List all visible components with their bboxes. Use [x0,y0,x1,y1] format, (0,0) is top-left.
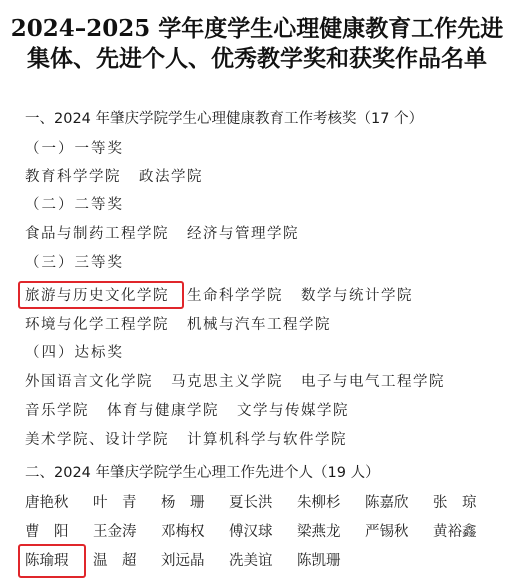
award-unit: 机械与汽车工程学院 [187,317,331,333]
award-unit-highlighted: 旅游与历史文化学院 [25,288,169,304]
person-name: 严锡秋 [365,520,421,541]
group-4-line-3: 美术学院、设计学院计算机科学与软件学院 [25,428,365,449]
person-name: 冼美谊 [229,549,285,570]
award-unit: 政法学院 [139,169,203,185]
person-name: 陈嘉欣 [365,491,421,512]
award-unit: 文学与传媒学院 [237,403,349,419]
person-name: 陈凯珊 [297,549,353,570]
person-name: 朱柳杉 [297,491,353,512]
award-unit: 外国语言文化学院 [25,374,153,390]
person-name: 傅汉球 [229,520,285,541]
person-name: 王金涛 [93,520,149,541]
section-1-heading: 一、2024 年肇庆学院学生心理健康教育工作考核奖（17 个） [25,107,423,128]
document-title-line-1: 2024–2025 学年度学生心理健康教育工作先进 [0,10,514,43]
award-unit: 音乐学院 [25,403,89,419]
person-name: 杨 珊 [161,491,217,512]
award-unit: 美术学院、设计学院 [25,432,169,448]
award-unit: 食品与制药工程学院 [25,226,169,242]
section-2-heading: 二、2024 年肇庆学院学生心理工作先进个人（19 人） [25,461,380,482]
award-unit: 体育与健康学院 [107,403,219,419]
group-3-line-1: 旅游与历史文化学院生命科学学院数学与统计学院 [25,284,431,305]
group-4-line-2: 音乐学院体育与健康学院文学与传媒学院 [25,399,367,420]
person-name: 邓梅权 [161,520,217,541]
award-unit: 经济与管理学院 [187,226,299,242]
person-name: 温 超 [93,549,149,570]
person-name: 曹 阳 [25,520,81,541]
person-name: 黄裕鑫 [433,520,489,541]
group-3-line-2: 环境与化学工程学院机械与汽车工程学院 [25,313,349,334]
person-name: 唐艳秋 [25,491,81,512]
group-1-label: （一）一等奖 [25,137,124,158]
person-name: 梁燕龙 [297,520,353,541]
award-unit: 环境与化学工程学院 [25,317,169,333]
award-unit: 计算机科学与软件学院 [187,432,347,448]
award-unit: 教育科学学院 [25,169,121,185]
group-2-label: （二）二等奖 [25,193,124,214]
group-3-label: （三）三等奖 [25,251,124,272]
award-unit: 电子与电气工程学院 [301,374,445,390]
person-name: 夏长洪 [229,491,285,512]
group-4-line-1: 外国语言文化学院马克思主义学院电子与电气工程学院 [25,370,463,391]
award-unit: 生命科学学院 [187,288,283,304]
person-name: 叶 青 [93,491,149,512]
highlight-box-person [18,544,86,578]
award-unit: 数学与统计学院 [301,288,413,304]
person-name: 刘远晶 [161,549,217,570]
person-name: 张 琼 [433,491,489,512]
document-title-line-2: 集体、先进个人、优秀教学奖和获奖作品名单 [0,40,514,73]
group-1-line-1: 教育科学学院政法学院 [25,165,221,186]
award-unit: 马克思主义学院 [171,374,283,390]
group-2-line-1: 食品与制药工程学院经济与管理学院 [25,222,317,243]
group-4-label: （四）达标奖 [25,341,124,362]
